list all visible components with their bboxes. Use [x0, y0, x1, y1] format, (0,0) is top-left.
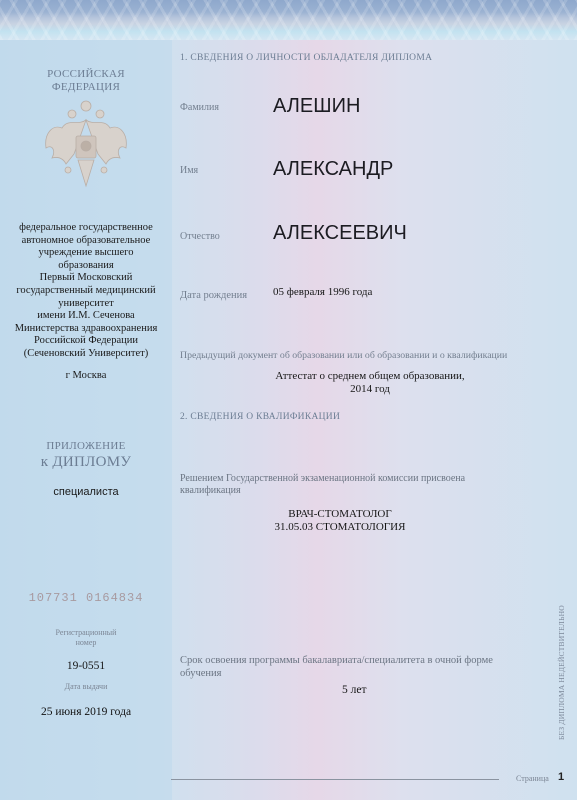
- institution-line: Первый Московский: [0, 272, 172, 285]
- previous-document-line-2: 2014 год: [180, 383, 560, 396]
- reg-label-line-2: номер: [0, 638, 172, 648]
- serial-number: 107731 0164834: [0, 591, 172, 605]
- registration-number: 19-0551: [0, 660, 172, 672]
- decorative-top-border: [0, 0, 577, 40]
- page-label: Страница: [516, 774, 549, 783]
- institution-line: федеральное государственное: [0, 222, 172, 235]
- institution-line: автономное образовательное: [0, 235, 172, 248]
- previous-document-label: Предыдущий документ об образовании или о…: [180, 350, 507, 361]
- birth-date-label: Дата рождения: [180, 290, 247, 301]
- institution-name: федеральное государственное автономное о…: [0, 222, 172, 361]
- institution-line: имени И.М. Сеченова: [0, 310, 172, 323]
- study-term-label-line-1: Срок освоения программы бакалавриата/спе…: [180, 655, 493, 668]
- institution-line: образования: [0, 260, 172, 273]
- surname-label: Фамилия: [180, 102, 219, 113]
- appendix-title-line1: ПРИЛОЖЕНИЕ: [0, 440, 172, 452]
- qualification-label-line-2: квалификация: [180, 485, 465, 497]
- issue-date: 25 июня 2019 года: [0, 706, 172, 718]
- qualification-label: Решением Государственной экзаменационной…: [180, 473, 465, 497]
- country-line-1: РОССИЙСКАЯ: [0, 68, 172, 81]
- page-number: 1: [558, 771, 564, 783]
- qualification-line-2: 31.05.03 СТОМАТОЛОГИЯ: [180, 521, 500, 534]
- name-value: АЛЕКСАНДР: [273, 158, 393, 181]
- reg-label-line-1: Регистрационный: [0, 628, 172, 638]
- previous-document-value: Аттестат о среднем общем образовании, 20…: [180, 370, 560, 396]
- study-term-label: Срок освоения программы бакалавриата/спе…: [180, 655, 493, 680]
- birth-date-value: 05 февраля 1996 года: [273, 286, 372, 298]
- footer-divider: [171, 779, 499, 780]
- country-line-2: ФЕДЕРАЦИЯ: [0, 81, 172, 94]
- study-term-label-line-2: обучения: [180, 668, 493, 681]
- institution-line: (Сеченовский Университет): [0, 348, 172, 361]
- institution-line: Российской Федерации: [0, 335, 172, 348]
- institution-line: государственный медицинский: [0, 285, 172, 298]
- registration-number-label: Регистрационный номер: [0, 628, 172, 648]
- patronymic-value: АЛЕКСЕЕВИЧ: [273, 222, 407, 245]
- institution-line: учреждение высшего: [0, 247, 172, 260]
- double-headed-eagle-emblem-icon: [38, 98, 134, 190]
- name-label: Имя: [180, 165, 198, 176]
- appendix-title-line2: к ДИПЛОМУ: [0, 454, 172, 471]
- side-note-vertical: БЕЗ ДИПЛОМА НЕДЕЙСТВИТЕЛЬНО: [557, 605, 566, 740]
- qualification-label-line-1: Решением Государственной экзаменационной…: [180, 473, 465, 485]
- section-2-title: 2. СВЕДЕНИЯ О КВАЛИФИКАЦИИ: [180, 412, 340, 422]
- surname-value: АЛЕШИН: [273, 95, 360, 118]
- city: г Москва: [0, 370, 172, 381]
- qualification-value: ВРАЧ-СТОМАТОЛОГ 31.05.03 СТОМАТОЛОГИЯ: [180, 508, 500, 534]
- section-1-title: 1. СВЕДЕНИЯ О ЛИЧНОСТИ ОБЛАДАТЕЛЯ ДИПЛОМ…: [180, 53, 432, 63]
- patronymic-label: Отчество: [180, 231, 220, 242]
- study-term-value: 5 лет: [342, 684, 367, 696]
- qualification-line-1: ВРАЧ-СТОМАТОЛОГ: [180, 508, 500, 521]
- issue-date-label: Дата выдачи: [0, 682, 172, 691]
- institution-line: университет: [0, 298, 172, 311]
- country-name: РОССИЙСКАЯ ФЕДЕРАЦИЯ: [0, 68, 172, 94]
- previous-document-line-1: Аттестат о среднем общем образовании,: [180, 370, 560, 383]
- institution-line: Министерства здравоохранения: [0, 323, 172, 336]
- degree-type: специалиста: [0, 486, 172, 498]
